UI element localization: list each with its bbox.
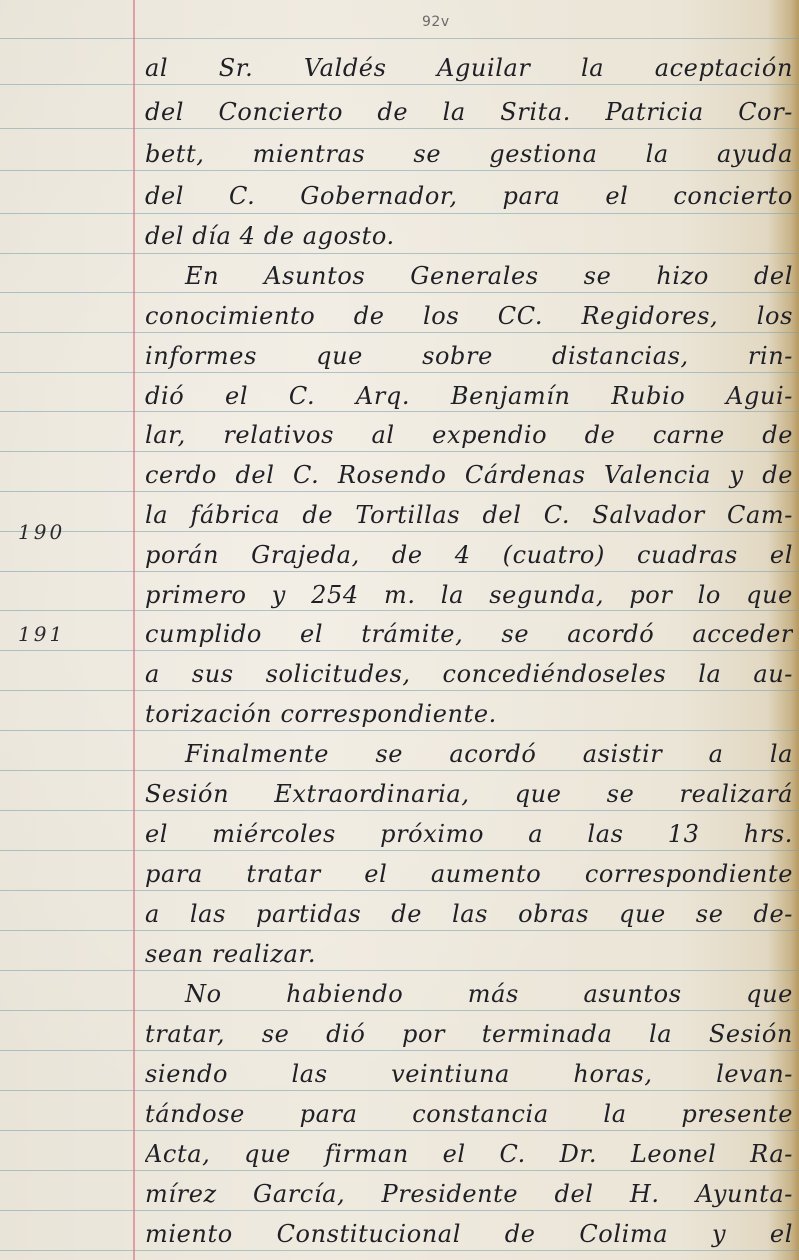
- ruled-line: [0, 730, 799, 731]
- ruled-line: [0, 1170, 799, 1171]
- text-line: al Sr. Valdés Aguilar la aceptación: [145, 54, 793, 82]
- ruled-line: [0, 84, 799, 85]
- margin-note-190: 190: [18, 520, 65, 544]
- ruled-line: [0, 890, 799, 891]
- text-line: del día 4 de agosto.: [145, 222, 793, 250]
- text-line: No habiendo más asuntos que: [145, 980, 793, 1008]
- ruled-line: [0, 332, 799, 333]
- text-line: sean realizar.: [145, 940, 793, 968]
- ruled-line: [0, 253, 799, 254]
- text-line: Finalmente se acordó asistir a la: [145, 740, 793, 768]
- ruled-line: [0, 1250, 799, 1251]
- ruled-line: [0, 372, 799, 373]
- ruled-line: [0, 770, 799, 771]
- ruled-line: [0, 690, 799, 691]
- text-line: primero y 254 m. la segunda, por lo que: [145, 581, 793, 609]
- ruled-line: [0, 1010, 799, 1011]
- ruled-line: [0, 810, 799, 811]
- text-line: Acta, que firman el C. Dr. Leonel Ra-: [145, 1140, 793, 1168]
- margin-line: [133, 0, 135, 1260]
- ruled-line: [0, 571, 799, 572]
- text-line: del C. Gobernador, para el concierto: [145, 182, 793, 210]
- text-line: para tratar el aumento correspondiente: [145, 860, 793, 888]
- ruled-line: [0, 531, 799, 532]
- text-line: cumplido el trámite, se acordó acceder: [145, 620, 793, 648]
- text-line: mírez García, Presidente del H. Ayunta-: [145, 1180, 793, 1208]
- ruled-line: [0, 850, 799, 851]
- text-line: el miércoles próximo a las 13 hrs.: [145, 820, 793, 848]
- ruled-line: [0, 1050, 799, 1051]
- text-line: del Concierto de la Srita. Patricia Cor-: [145, 98, 793, 126]
- ruled-line: [0, 610, 799, 611]
- ruled-line: [0, 411, 799, 412]
- ruled-line: [0, 1090, 799, 1091]
- text-line: Sesión Extraordinaria, que se realizará: [145, 780, 793, 808]
- text-line: dió el C. Arq. Benjamín Rubio Agui-: [145, 382, 793, 410]
- text-line: informes que sobre distancias, rin-: [145, 342, 793, 370]
- ruled-line: [0, 1130, 799, 1131]
- text-line: En Asuntos Generales se hizo del: [145, 262, 793, 290]
- text-line: porán Grajeda, de 4 (cuatro) cuadras el: [145, 541, 793, 569]
- text-line: a sus solicitudes, concediéndoseles la a…: [145, 660, 793, 688]
- text-line: tándose para constancia la presente: [145, 1100, 793, 1128]
- ruled-line: [0, 1210, 799, 1211]
- ruled-line: [0, 170, 799, 171]
- text-line: miento Constitucional de Colima y el: [145, 1220, 793, 1248]
- text-line: bett, mientras se gestiona la ayuda: [145, 140, 793, 168]
- margin-note-191: 191: [18, 622, 65, 646]
- ruled-line: [0, 970, 799, 971]
- ruled-line: [0, 38, 799, 39]
- text-line: siendo las veintiuna horas, levan-: [145, 1060, 793, 1088]
- ruled-line: [0, 451, 799, 452]
- text-line: la fábrica de Tortillas del C. Salvador …: [145, 501, 793, 529]
- ruled-line: [0, 213, 799, 214]
- ruled-line: [0, 128, 799, 129]
- ruled-line: [0, 650, 799, 651]
- ruled-line: [0, 491, 799, 492]
- text-line: cerdo del C. Rosendo Cárdenas Valencia y…: [145, 461, 793, 489]
- ruled-line: [0, 930, 799, 931]
- text-line: tratar, se dió por terminada la Sesión: [145, 1020, 793, 1048]
- manuscript-page: 92v 190 191 al Sr. Valdés Aguilar la ace…: [0, 0, 799, 1260]
- folio-number: 92v: [422, 14, 450, 30]
- text-line: torización correspondiente.: [145, 700, 793, 728]
- text-line: conocimiento de los CC. Regidores, los: [145, 302, 793, 330]
- ruled-line: [0, 292, 799, 293]
- text-line: a las partidas de las obras que se de-: [145, 900, 793, 928]
- text-line: lar, relativos al expendio de carne de: [145, 421, 793, 449]
